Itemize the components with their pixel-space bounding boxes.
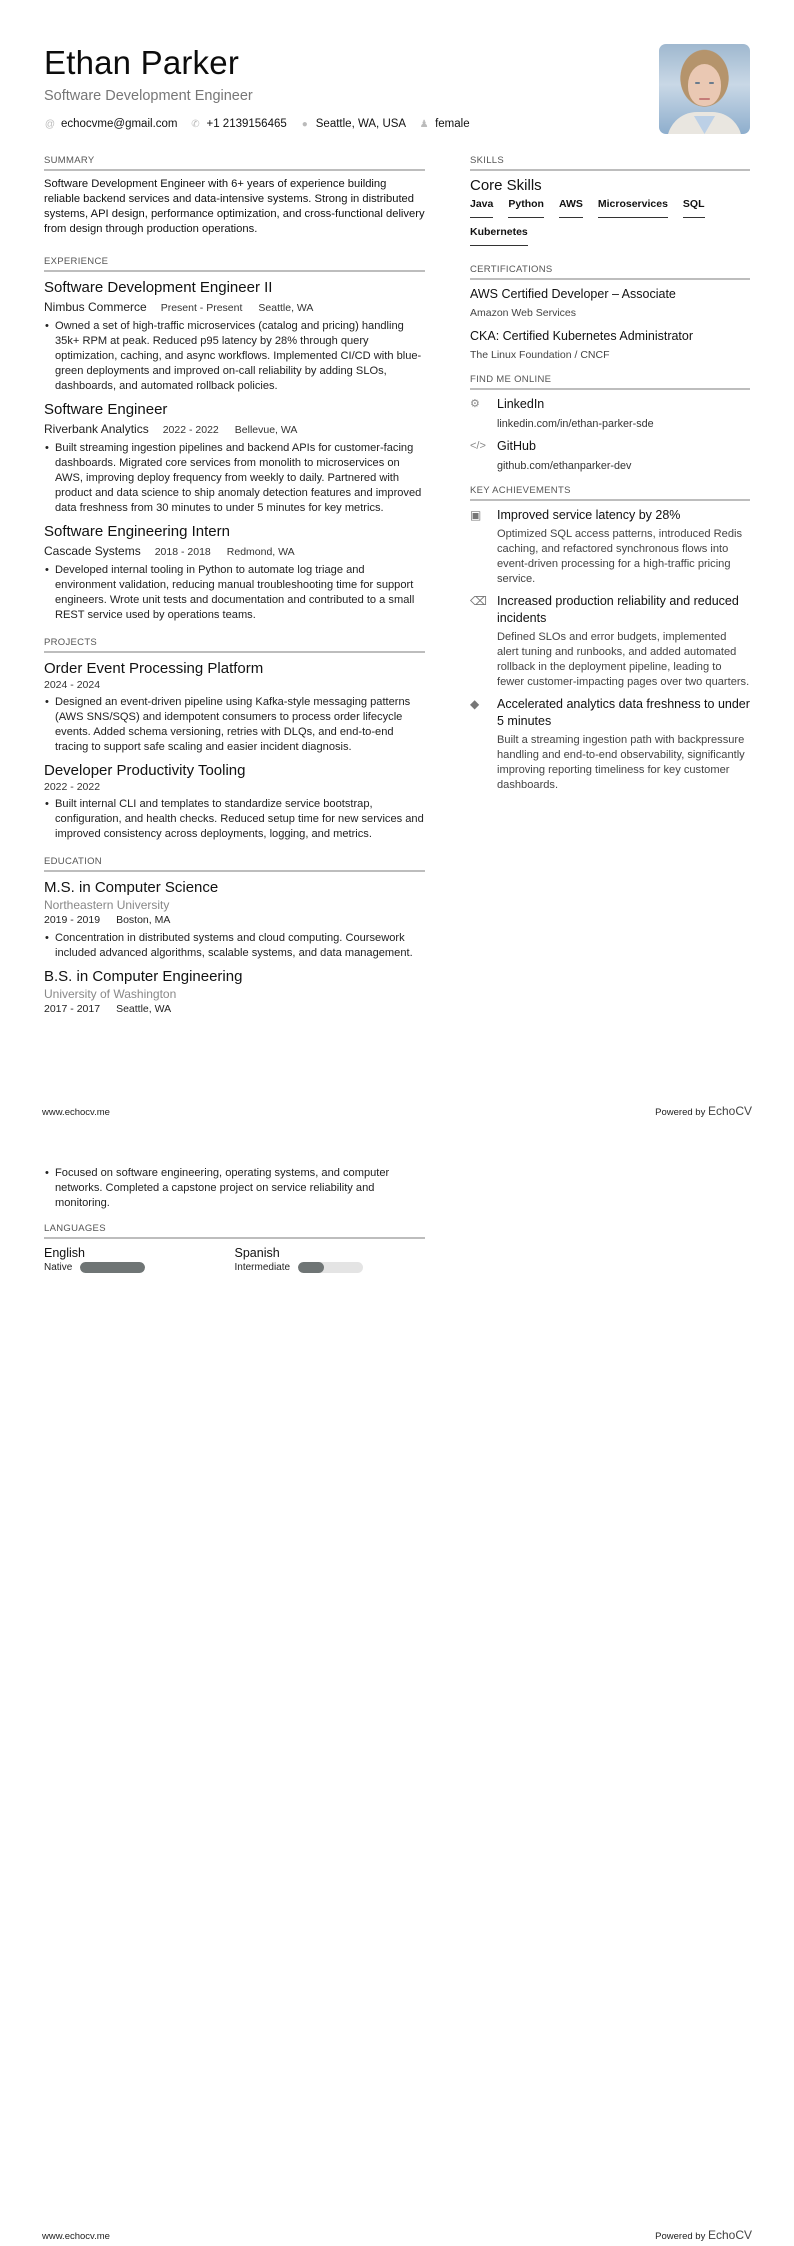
- bullet-item: Designed an event-driven pipeline using …: [44, 695, 425, 755]
- language-name: English: [44, 1245, 235, 1261]
- section-title-education: Education: [44, 856, 425, 872]
- footer-brand: EchoCV: [708, 1104, 752, 1118]
- experience-entry: Software Engineer Riverbank Analytics 20…: [44, 400, 425, 516]
- phone-text: +1 2139156465: [207, 118, 287, 130]
- job-meta: Riverbank Analytics 2022 - 2022 Bellevue…: [44, 421, 425, 438]
- project-title: Order Event Processing Platform: [44, 659, 425, 678]
- degree-title: B.S. in Computer Engineering: [44, 967, 425, 986]
- online-links-list: ⚙ LinkedIn linkedin.com/in/ethan-parker-…: [470, 396, 750, 475]
- online-link-linkedin[interactable]: ⚙ LinkedIn linkedin.com/in/ethan-parker-…: [470, 396, 750, 433]
- certification-issuer: The Linux Foundation / CNCF: [470, 347, 750, 364]
- skill-tag: Java: [470, 198, 493, 218]
- achievements-list: ▣ Improved service latency by 28% Optimi…: [470, 507, 750, 793]
- education-bullet-continued: Focused on software engineering, operati…: [44, 1166, 425, 1211]
- school-name: University of Washington: [44, 986, 425, 1002]
- project-title: Developer Productivity Tooling: [44, 761, 425, 780]
- language-name: Spanish: [235, 1245, 426, 1261]
- footer-powered: Powered by EchoCV: [655, 1104, 752, 1118]
- bullet-item: Concentration in distributed systems and…: [44, 931, 425, 961]
- job-title: Software Development Engineer II: [44, 278, 425, 297]
- achievement-title: Increased production reliability and red…: [497, 593, 750, 627]
- phone-icon: ✆: [190, 119, 202, 130]
- job-dates: 2022 - 2022: [163, 422, 219, 438]
- candidate-name: Ethan Parker: [44, 44, 644, 82]
- monitor-icon: ▣: [470, 507, 497, 587]
- bullet-item: Built streaming ingestion pipelines and …: [44, 441, 425, 516]
- achievement-entry: ◆ Accelerated analytics data freshness t…: [470, 696, 750, 793]
- project-entry: Order Event Processing Platform 2024 - 2…: [44, 659, 425, 755]
- section-title-languages: Languages: [44, 1223, 425, 1239]
- certifications-list: AWS Certified Developer – Associate Amaz…: [470, 286, 750, 364]
- proficiency-bar: [298, 1262, 363, 1273]
- education-list: M.S. in Computer Science Northeastern Un…: [44, 878, 425, 1017]
- section-title-online: Find Me Online: [470, 374, 750, 390]
- right-column: Skills Core Skills JavaPythonAWSMicroser…: [470, 155, 750, 799]
- online-link-github[interactable]: </> GitHub github.com/ethanparker-dev: [470, 438, 750, 475]
- school-name: Northeastern University: [44, 897, 425, 913]
- bullet-item: Built internal CLI and templates to stan…: [44, 797, 425, 842]
- skills-group-title: Core Skills: [470, 177, 750, 194]
- achievement-description: Defined SLOs and error budgets, implemen…: [497, 630, 750, 690]
- contact-email[interactable]: @ echocvme@gmail.com: [44, 118, 178, 130]
- code-icon: </>: [470, 438, 497, 475]
- email-text: echocvme@gmail.com: [61, 118, 178, 130]
- bullet-item: Owned a set of high-traffic microservice…: [44, 319, 425, 394]
- link-name: LinkedIn: [497, 396, 750, 413]
- skill-tags: JavaPythonAWSMicroservicesSQLKubernetes: [470, 198, 750, 254]
- gender-text: female: [435, 118, 470, 130]
- certification-name: AWS Certified Developer – Associate: [470, 286, 750, 303]
- experience-entry: Software Engineering Intern Cascade Syst…: [44, 522, 425, 623]
- footer-brand: EchoCV: [708, 2228, 752, 2242]
- job-dates: Present - Present: [161, 300, 243, 316]
- skill-tag: Microservices: [598, 198, 668, 218]
- education-bullets: Concentration in distributed systems and…: [44, 931, 425, 961]
- experience-entry: Software Development Engineer II Nimbus …: [44, 278, 425, 394]
- language-entry: English Native: [44, 1245, 235, 1273]
- education-meta: 2019 - 2019 Boston, MA: [44, 913, 425, 928]
- location-text: Seattle, WA, USA: [316, 118, 406, 130]
- person-icon: ♟: [418, 119, 430, 130]
- skill-tag: AWS: [559, 198, 583, 218]
- achievement-description: Optimized SQL access patterns, introduce…: [497, 527, 750, 587]
- job-dates: 2018 - 2018: [155, 544, 211, 560]
- achievement-title: Improved service latency by 28%: [497, 507, 750, 524]
- contact-phone[interactable]: ✆ +1 2139156465: [190, 118, 287, 130]
- education-meta: 2017 - 2017 Seattle, WA: [44, 1002, 425, 1017]
- job-bullets: Developed internal tooling in Python to …: [44, 563, 425, 623]
- section-title-projects: Projects: [44, 637, 425, 653]
- company-name: Riverbank Analytics: [44, 421, 149, 437]
- job-location: Seattle, WA: [258, 300, 313, 316]
- company-name: Nimbus Commerce: [44, 299, 147, 315]
- link-name: GitHub: [497, 438, 750, 455]
- section-title-achievements: Key Achievements: [470, 485, 750, 501]
- page-footer-2: www.echocv.me Powered by EchoCV: [42, 2228, 752, 2242]
- link-url[interactable]: github.com/ethanparker-dev: [497, 458, 750, 475]
- certification-issuer: Amazon Web Services: [470, 305, 750, 322]
- profile-photo: [659, 44, 750, 134]
- footer-site-link[interactable]: www.echocv.me: [42, 1107, 110, 1118]
- education-location: Seattle, WA: [116, 1002, 171, 1017]
- contact-row: @ echocvme@gmail.com ✆ +1 2139156465 ● S…: [44, 118, 644, 130]
- at-icon: @: [44, 119, 56, 130]
- project-entry: Developer Productivity Tooling 2022 - 20…: [44, 761, 425, 842]
- page-footer-1: www.echocv.me Powered by EchoCV: [42, 1104, 752, 1118]
- education-dates: 2019 - 2019: [44, 913, 100, 928]
- project-dates: 2022 - 2022: [44, 780, 425, 794]
- bullet-item: Focused on software engineering, operati…: [44, 1166, 425, 1211]
- languages-list: English Native Spanish Intermediate: [44, 1245, 425, 1273]
- resume-header: Ethan Parker Software Development Engine…: [44, 44, 644, 130]
- footer-site-link[interactable]: www.echocv.me: [42, 2231, 110, 2242]
- job-location: Bellevue, WA: [235, 422, 298, 438]
- backspace-icon: ⌫: [470, 593, 497, 690]
- education-entry: M.S. in Computer Science Northeastern Un…: [44, 878, 425, 961]
- left-column: Summary Software Development Engineer wi…: [44, 155, 425, 1023]
- contact-location: ● Seattle, WA, USA: [299, 118, 406, 130]
- language-entry: Spanish Intermediate: [235, 1245, 426, 1273]
- section-title-summary: Summary: [44, 155, 425, 171]
- project-bullets: Built internal CLI and templates to stan…: [44, 797, 425, 842]
- degree-title: M.S. in Computer Science: [44, 878, 425, 897]
- job-bullets: Built streaming ingestion pipelines and …: [44, 441, 425, 516]
- certification-entry: AWS Certified Developer – Associate Amaz…: [470, 286, 750, 322]
- contact-gender: ♟ female: [418, 118, 470, 130]
- proficiency-bar: [80, 1262, 145, 1273]
- achievement-title: Accelerated analytics data freshness to …: [497, 696, 750, 730]
- job-title: Software Engineering Intern: [44, 522, 425, 541]
- candidate-role: Software Development Engineer: [44, 87, 644, 105]
- achievement-entry: ▣ Improved service latency by 28% Optimi…: [470, 507, 750, 587]
- skill-tag: SQL: [683, 198, 705, 218]
- section-title-experience: Experience: [44, 256, 425, 272]
- summary-text: Software Development Engineer with 6+ ye…: [44, 177, 425, 237]
- language-level: Intermediate: [235, 1262, 291, 1273]
- skill-tag: Python: [508, 198, 544, 218]
- job-meta: Cascade Systems 2018 - 2018 Redmond, WA: [44, 543, 425, 560]
- education-location: Boston, MA: [116, 913, 170, 928]
- education-dates: 2017 - 2017: [44, 1002, 100, 1017]
- footer-powered: Powered by EchoCV: [655, 2228, 752, 2242]
- project-bullets: Designed an event-driven pipeline using …: [44, 695, 425, 755]
- link-url[interactable]: linkedin.com/in/ethan-parker-sde: [497, 416, 750, 433]
- education-entry: B.S. in Computer Engineering University …: [44, 967, 425, 1017]
- achievement-description: Built a streaming ingestion path with ba…: [497, 733, 750, 793]
- job-title: Software Engineer: [44, 400, 425, 419]
- location-pin-icon: ●: [299, 119, 311, 130]
- projects-list: Order Event Processing Platform 2024 - 2…: [44, 659, 425, 842]
- language-level: Native: [44, 1262, 72, 1273]
- experience-list: Software Development Engineer II Nimbus …: [44, 278, 425, 623]
- section-title-certifications: Certifications: [470, 264, 750, 280]
- section-title-skills: Skills: [470, 155, 750, 171]
- bullet-item: Developed internal tooling in Python to …: [44, 563, 425, 623]
- job-meta: Nimbus Commerce Present - Present Seattl…: [44, 299, 425, 316]
- job-bullets: Owned a set of high-traffic microservice…: [44, 319, 425, 394]
- gear-icon: ⚙: [470, 396, 497, 433]
- achievement-entry: ⌫ Increased production reliability and r…: [470, 593, 750, 690]
- skill-tag: Kubernetes: [470, 226, 528, 246]
- project-dates: 2024 - 2024: [44, 678, 425, 692]
- company-name: Cascade Systems: [44, 543, 141, 559]
- job-location: Redmond, WA: [227, 544, 295, 560]
- certification-name: CKA: Certified Kubernetes Administrator: [470, 328, 750, 345]
- cube-icon: ◆: [470, 696, 497, 793]
- certification-entry: CKA: Certified Kubernetes Administrator …: [470, 328, 750, 364]
- left-column-continued: Focused on software engineering, operati…: [44, 1163, 425, 1273]
